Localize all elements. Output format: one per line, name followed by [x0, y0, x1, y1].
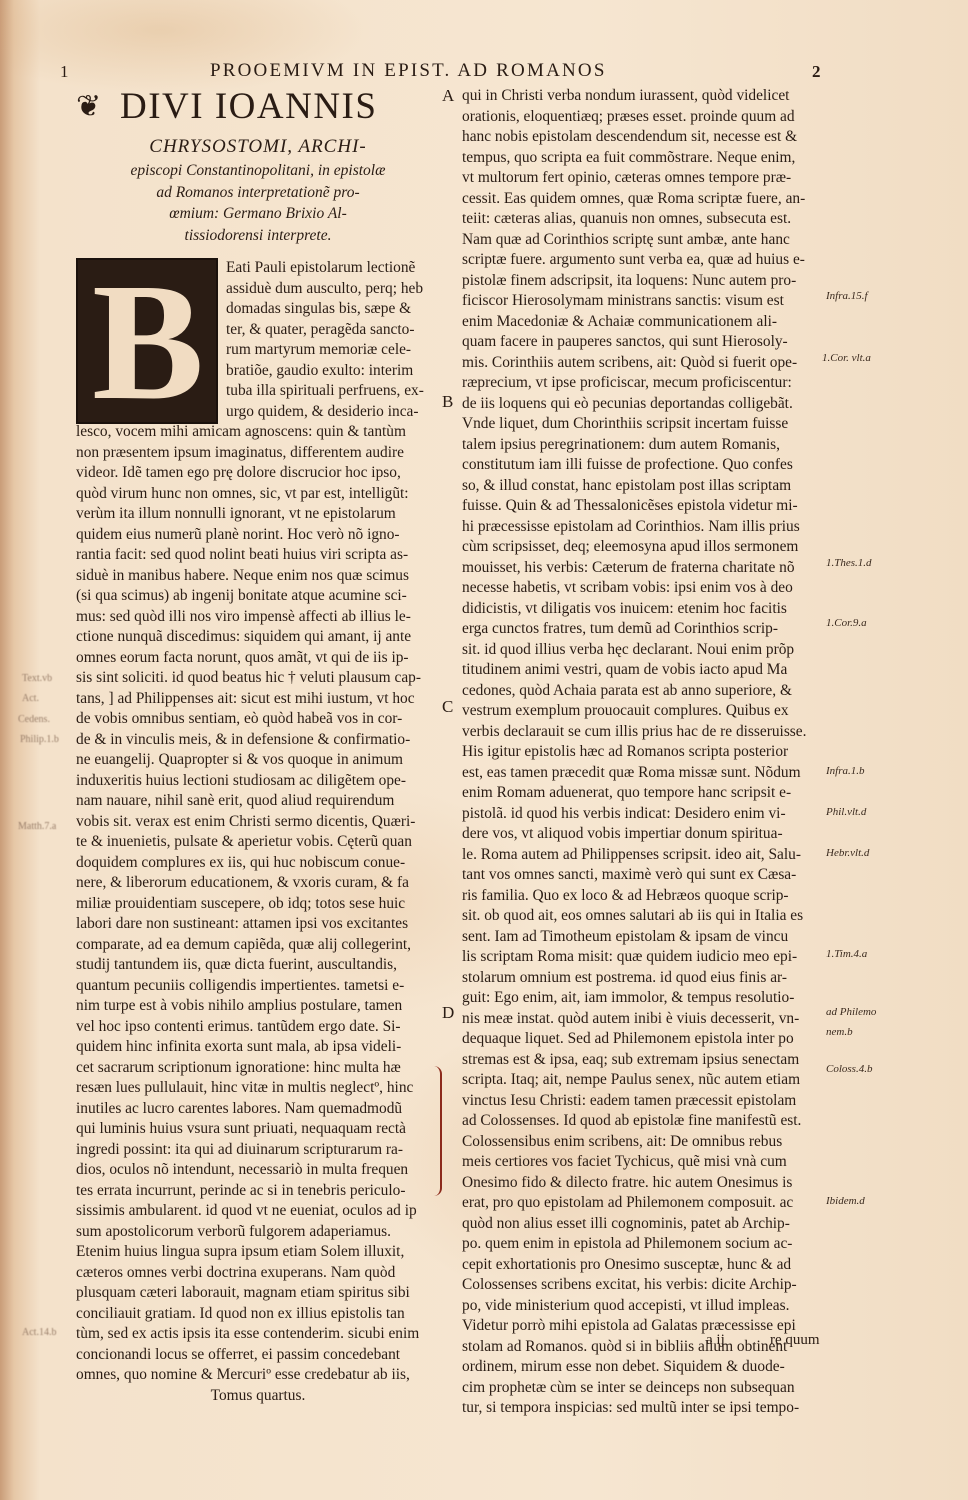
text-line: quantum pecuniis colligendis impertiente… [76, 976, 440, 997]
margin-note-faded: Matth.7.a [18, 821, 56, 832]
text-line: po, vide ministerium quod accepisti, vt … [462, 1296, 828, 1317]
text-line: quidem hinc infinita exorta sunt mala, a… [76, 1037, 440, 1058]
title-desc-line: œmium: Germano Brixio Al- [106, 203, 410, 225]
text-line: tant vos omnes sancti, maximè verò qui s… [462, 865, 828, 886]
text-line: de & in vinculis meis, & in defensione &… [76, 730, 440, 751]
text-line: dere vos, vt aliquod vobis impertiar don… [462, 824, 828, 845]
text-line: rantia facit: sed quod nolint beati huiu… [76, 545, 440, 566]
text-line: Vnde liquet, dum Chorinthiis scripsit in… [462, 414, 828, 435]
title-desc-line: episcopi Constantinopolitani, in epistol… [106, 160, 410, 182]
text-line: de iis loquens qui eò pecunias deportand… [462, 394, 828, 415]
text-line: urgo quidem, & desiderio inca- [226, 402, 440, 423]
text-line: ingredi possint: ita qui ad diuinarum sc… [76, 1140, 440, 1161]
text-line: rum martyrum memoriæ cele- [226, 340, 440, 361]
text-line: po. quem enim in epistola ad Philemonem … [462, 1234, 828, 1255]
text-line: pistolã. id quod his verbis indicat: Des… [462, 804, 828, 825]
section-letter-a: A [442, 86, 454, 106]
margin-note: ad Philemo [826, 1006, 876, 1018]
text-line: Eati Pauli epistolarum lectionẽ [226, 258, 440, 279]
running-head-title: PROOEMIVM IN EPIST. AD ROMANOS [210, 60, 607, 82]
title-desc-line: ad Romanos interpretationẽ pro- [106, 182, 410, 204]
text-line: verùm ita illum nonnulli ignorant, vt ne… [76, 504, 440, 525]
text-line: est, eas tamen præcedit quæ Roma missæ s… [462, 763, 828, 784]
right-column: qui in Christi verba nondum iurassent, q… [462, 86, 828, 1419]
margin-note: Coloss.4.b [826, 1063, 872, 1075]
text-line: cedones, quòd Achaia parata est ab anno … [462, 681, 828, 702]
text-line: non præsentem ipsum imaginatus, differen… [76, 443, 440, 464]
text-line: vestrum exemplum prouocauit complures. Q… [462, 701, 828, 722]
text-line: scripta. Itaq; ait, nempe Paulus senex, … [462, 1070, 828, 1091]
running-head: 1 PROOEMIVM IN EPIST. AD ROMANOS 2 [60, 60, 840, 84]
text-line: erat, pro quo epistolam ad Philemonem co… [462, 1193, 828, 1214]
text-line: videor. Idẽ tamen ego prę dolore discruc… [76, 463, 440, 484]
catchword: re quum [770, 1332, 820, 1349]
text-line: enim Macedoniæ & Achaiæ communicationem … [462, 312, 828, 333]
book-page: 1 PROOEMIVM IN EPIST. AD ROMANOS 2 ❦DIVI… [0, 0, 968, 1500]
text-line: ne euangelij. Quapropter si & vos quoque… [76, 750, 440, 771]
text-line: tuba illa spirituali perfruens, ex- [226, 381, 440, 402]
text-line: labori dare non sustineant: attamen ipsi… [76, 914, 440, 935]
margin-note-faded: Text.vb [22, 673, 52, 684]
text-line: ad Colossenses. Id quod ab epistolæ fine… [462, 1111, 828, 1132]
text-line: studij tantundem iis, quæ dicta fuerint,… [76, 955, 440, 976]
margin-note-faded: Act. [22, 693, 39, 704]
dropcap-letter: B [92, 262, 204, 422]
text-line: His igitur epistolis hæc ad Romanos scri… [462, 742, 828, 763]
text-line: hanc nobis epistolam descendendum sit, n… [462, 127, 828, 148]
text-line: sum apostolicorum verborũ fulgorem adape… [76, 1222, 440, 1243]
text-line: ter, & quater, peragẽda sancto- [226, 320, 440, 341]
margin-note: 1.Thes.1.d [826, 557, 872, 569]
text-line: cæteros omnes verbi doctrina exuperans. … [76, 1263, 440, 1284]
text-line: Colossenses scribens excitat, his verbis… [462, 1275, 828, 1296]
text-line: domadas singulas bis, sæpe & [226, 299, 440, 320]
text-line: (si qua scimus) ab ingenij bonitate atqu… [76, 586, 440, 607]
text-line: teiit: cæteras alias, quanuis non omnes,… [462, 209, 828, 230]
text-line: tes errata incurrunt, perinde ac si in t… [76, 1181, 440, 1202]
text-line: sis sint soliciti. id quod beatus hic † … [76, 668, 440, 689]
text-line: tans, ] ad Philippenses ait: sicut est m… [76, 689, 440, 710]
text-line: tur, si tempora inspicias: sed multũ int… [462, 1398, 828, 1419]
text-line: meis certiores vos faciet Tychicus, quẽ … [462, 1152, 828, 1173]
text-line: vel hoc ipso contenti erimus. tantũdem e… [76, 1017, 440, 1038]
margin-note: Infra.15.f [826, 290, 868, 302]
title-desc: episcopi Constantinopolitani, in epistol… [76, 160, 440, 246]
text-line: Etenim huius lingua supra ipsum etiam So… [76, 1242, 440, 1263]
text-line: Nam quæ ad Corinthios scriptę sunt ambæ,… [462, 230, 828, 251]
text-line: tùm, sed ex actis ipsis ita esse contend… [76, 1324, 440, 1345]
text-line: ctione nunquã discedimus: siquidem qui a… [76, 627, 440, 648]
ink-bracket-annotation [432, 1066, 442, 1196]
text-line: ræprecium, vt ipse proficiscar, mecum pr… [462, 373, 828, 394]
text-line: plusquam cæteri laborauit, magnam etiam … [76, 1283, 440, 1304]
text-line: constitutum iam illi fuisse de profectio… [462, 455, 828, 476]
text-line: bratiõe, gaudio exulto: interim [226, 361, 440, 382]
text-line: stremas est & ipsa, eaq; sub extremam ip… [462, 1050, 828, 1071]
text-line: tempus, quo scripta ea fuit commõstrare.… [462, 148, 828, 169]
margin-note: 1.Cor.9.a [826, 617, 867, 629]
text-line: mis. Corinthiis autem scribens, ait: Quò… [462, 353, 828, 374]
text-line: ordinem, mirum esse non debet. Siquidem … [462, 1357, 828, 1378]
text-line: qui in Christi verba nondum iurassent, q… [462, 86, 828, 107]
text-line: siduè in manibus habere. Neque enim nos … [76, 566, 440, 587]
text-line: titudinem animi vestri, quam de vobis ia… [462, 660, 828, 681]
text-line: scriptæ fuere. argumento sunt verba ea, … [462, 250, 828, 271]
left-body-text: lesco, vocem mihi amicam agnoscens: quin… [76, 422, 440, 1386]
margin-note: 1.Cor. vlt.a [822, 352, 871, 364]
text-line: guit: Ego enim, ait, iam immolor, & temp… [462, 988, 828, 1009]
text-line: dequaque liquet. Sed ad Philemonem epist… [462, 1029, 828, 1050]
margin-note: nem.b [826, 1026, 853, 1038]
folio-left: 1 [60, 62, 69, 82]
margin-note-faded: Philip.1.b [20, 734, 59, 745]
text-line: quam facere in pauperes sanctos, qui sun… [462, 332, 828, 353]
text-line: cet sacrarum scriptionum ignoratione: hi… [76, 1058, 440, 1079]
text-line: cim prophetæ cùm se inter se deinceps no… [462, 1378, 828, 1399]
text-line: vinctus Iesu Christi: eadem tamen præces… [462, 1091, 828, 1112]
margin-note: Hebr.vlt.d [826, 847, 869, 859]
text-line: ris familia. Quo ex loco & ad Hebræos qu… [462, 886, 828, 907]
text-line: concionandi locus se offerret, ei passim… [76, 1345, 440, 1366]
text-line: qui luminis huius vsura sunt priuati, ne… [76, 1119, 440, 1140]
margin-note: Infra.1.b [826, 765, 865, 777]
dropcap-illustration: B [76, 258, 218, 424]
text-line: stolarum omnium est postrema. id quod ei… [462, 968, 828, 989]
text-line: sent. Iam ad Timotheum epistolam & ipsam… [462, 927, 828, 948]
text-line: quidem eius numerũ planè norint. Hoc ver… [76, 525, 440, 546]
text-line: inutiles ac lucro carentes labores. Nam … [76, 1099, 440, 1120]
margin-note: 1.Tim.4.a [826, 948, 867, 960]
dropcap-block: B Eati Pauli epistolarum lectionẽassiduè… [76, 258, 440, 422]
text-line: mus: sed quòd illi nos viro impensè affe… [76, 607, 440, 628]
text-line: quòd non alius esset illi cognominis, pa… [462, 1214, 828, 1235]
text-line: vobis sit. verax est enim Christi sermo … [76, 812, 440, 833]
text-line: comparate, ad ea demum capiẽda, quæ alij… [76, 935, 440, 956]
text-line: verbis declarauit se cum illis prius hac… [462, 722, 828, 743]
text-line: necesse habetis, vt scribam vobis: ipsi … [462, 578, 828, 599]
text-line: mouisset, his verbis: Cæterum de fratern… [462, 558, 828, 579]
text-line: fuisse. Quin & ad Thessalonicẽses episto… [462, 496, 828, 517]
text-line: induxeritis huius lectioni studiosam ac … [76, 771, 440, 792]
text-line: enim Romam aduenerat, quo tempore hanc s… [462, 783, 828, 804]
dropcap-lines: Eati Pauli epistolarum lectionẽassiduè d… [226, 258, 440, 422]
text-line: nam nauare, nihil sanè erit, quod aliud … [76, 791, 440, 812]
text-line: vt multorum fert opinio, cæteras omnes t… [462, 168, 828, 189]
text-line: assiduè dum ausculto, perq; heb [226, 279, 440, 300]
text-line: nere, & liberorum educationem, & vxoris … [76, 873, 440, 894]
text-line: sit. id quod illius verba hęc declarant.… [462, 640, 828, 661]
text-line: orationis, eloquentiæq; præses esset. pr… [462, 107, 828, 128]
text-line: cùm scripsisset, deq; eleemosyna apud il… [462, 537, 828, 558]
text-line: pistolæ finem adscripsit, ita loquens: N… [462, 271, 828, 292]
text-line: conciliauit gratiam. Id quod non ex illi… [76, 1304, 440, 1325]
text-line: te & inuenietis, pulsate & aperietur vob… [76, 832, 440, 853]
left-column: ❦DIVI IOANNIS CHRYSOSTOMI, ARCHI- episco… [76, 86, 440, 1406]
fleuron-icon: ❦ [76, 86, 120, 128]
text-line: cepit exhortationis pro Onesimo susceptæ… [462, 1255, 828, 1276]
section-letter-d: D [442, 1003, 454, 1023]
text-line: so, & illud constat, hanc epistolam post… [462, 476, 828, 497]
signature-mark: a ij [706, 1332, 725, 1349]
text-line: cessit. Eas quidem omnes, quæ Roma scrip… [462, 189, 828, 210]
text-line: omnes, quo nomine & Mercuriº esse credeb… [76, 1365, 440, 1386]
text-line: didicistis, vt diligatis vos inuicem: et… [462, 599, 828, 620]
margin-note-faded: Act.14.b [22, 1327, 56, 1338]
text-line: sit. ob quod ait, eos omnes salutari ab … [462, 906, 828, 927]
text-line: miliæ prouidentiam suscepere, ob idq; to… [76, 894, 440, 915]
text-line: Colossensibus enim scribens, ait: De omn… [462, 1132, 828, 1153]
text-line: nim turpe est à vobis nihilo amplius pos… [76, 996, 440, 1017]
text-line: nis meæ instat. quòd autem inibi è viuis… [462, 1009, 828, 1030]
margin-note: Ibidem.d [826, 1195, 865, 1207]
text-line: hi præcessisse epistolam ad Corinthios. … [462, 517, 828, 538]
text-line: le. Roma autem ad Philippenses scripsit.… [462, 845, 828, 866]
text-line: dios, oculos nõ intendunt, necessariò in… [76, 1160, 440, 1181]
text-line: doquidem complures ex iis, qui huc nobis… [76, 853, 440, 874]
text-line: erga cunctos fratres, tum demũ ad Corint… [462, 619, 828, 640]
text-line: ficiscor Hierosolymam ministrans sanctis… [462, 291, 828, 312]
text-line: quòd virum hunc non omnes, sic, vt par e… [76, 484, 440, 505]
tomus-footer: Tomus quartus. [76, 1386, 440, 1407]
text-line: resæn lues pullulauit, hinc vitæ in mult… [76, 1078, 440, 1099]
text-line: de vobis omnibus sentiam, eò quòd habeã … [76, 709, 440, 730]
margin-note-faded: Cedens. [18, 714, 50, 725]
text-line: lis scriptam Roma misit: quæ quidem iudi… [462, 947, 828, 968]
title-main: ❦DIVI IOANNIS [76, 86, 440, 128]
title-desc-line: tissiodorensi interprete. [106, 225, 410, 247]
folio-right: 2 [812, 62, 821, 82]
text-line: omnes eorum facta norunt, quos amãt, vt … [76, 648, 440, 669]
title-main-text: DIVI IOANNIS [120, 86, 377, 127]
section-letter-c: C [442, 697, 453, 717]
text-line: sissimis ambularent. id quod vt ne eueni… [76, 1201, 440, 1222]
text-line: talem ipsius peregrinationem: dum autem … [462, 435, 828, 456]
text-line: Onesimo fido & dilecto fratre. hic autem… [462, 1173, 828, 1194]
section-letter-b: B [442, 392, 453, 412]
margin-note: Phil.vlt.d [826, 806, 866, 818]
title-sub: CHRYSOSTOMI, ARCHI- [76, 134, 440, 160]
